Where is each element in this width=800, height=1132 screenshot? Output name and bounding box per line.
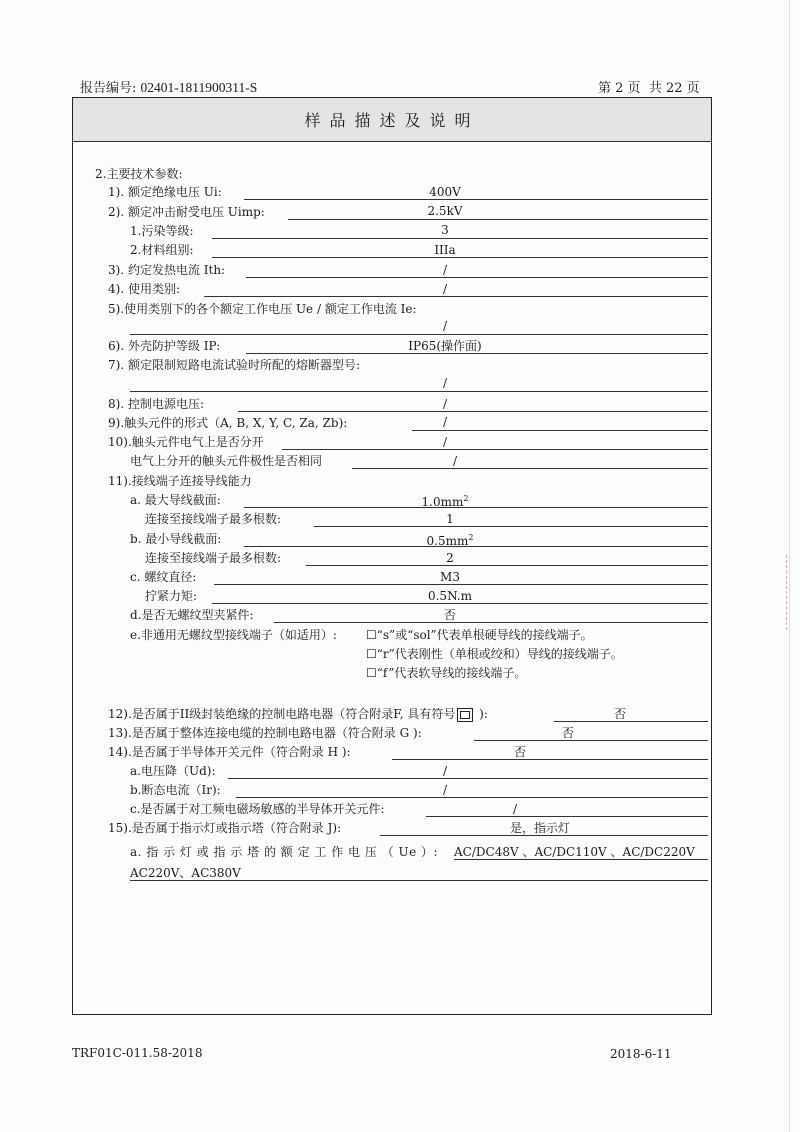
value-material-group: IIIa — [380, 242, 510, 258]
underline — [212, 238, 708, 239]
label-class-ii: 12).是否属于II级封装绝缘的控制电路电器（符合附录F, 具有符号 ): — [108, 706, 488, 722]
value-contact-element-type: / — [380, 414, 510, 430]
value-voltage-drop: / — [380, 763, 510, 779]
value-max-conductors-1: 1 — [385, 511, 515, 527]
label-utilization-category: 4). 使用类别: — [108, 281, 180, 297]
option-label: “r”代表刚性（单根或绞和）导线的接线端子。 — [377, 647, 623, 661]
label-thermal-current: 3). 约定发热电流 Ith: — [108, 262, 225, 278]
label-tightening-torque: 拧紧力矩: — [145, 588, 197, 604]
value-rated-operational: / — [380, 318, 510, 334]
value-thread-diameter: M3 — [385, 569, 515, 585]
value-control-supply-voltage: / — [380, 396, 510, 412]
label-ip-rating: 6). 外壳防护等级 IP: — [108, 338, 220, 354]
value-min-cross-section: 0.5mm2 — [385, 530, 515, 549]
label-indicator-voltage: a. 指 示 灯 或 指 示 塔 的 额 定 工 作 电 压 （ Ue ）: — [130, 844, 438, 860]
double-square-icon — [457, 708, 473, 722]
label-end: ): — [479, 707, 488, 721]
value-polarity-same: / — [390, 453, 520, 469]
value-max-cross-section: 1.0mm2 — [380, 491, 510, 510]
label-max-conductors-1: 连接至接线端子最多根数: — [145, 511, 281, 527]
option-label: “s”或“sol”代表单根硬导线的接线端子。 — [377, 628, 593, 642]
value-max-conductors-2: 2 — [385, 550, 515, 566]
label-polarity-same: 电气上分开的触头元件极性是否相同 — [130, 453, 322, 469]
underline — [130, 334, 708, 335]
label-rated-insulation-voltage: 1). 额定绝缘电压 Ui: — [108, 184, 222, 200]
label-semiconductor: 14).是否属于半导体开关元件（符合附录 H ): — [108, 744, 351, 760]
label-voltage-drop: a.电压降（Ud): — [130, 763, 216, 779]
label-off-state-current: b.断态电流（Ir): — [130, 782, 221, 798]
label-control-supply-voltage: 8). 控制电源电压: — [108, 396, 204, 412]
underline — [288, 219, 708, 220]
seam-stamp — [786, 555, 793, 630]
label-non-universal-terminal: e.非通用无螺纹型接线端子（如适用）: — [130, 627, 337, 643]
value-rated-insulation-voltage: 400V — [380, 184, 510, 200]
section-heading: 2.主要技术参数: — [95, 166, 183, 182]
label-integral-cable: 13).是否属于整体连接电缆的控制电路电器（符合附录 G ): — [108, 725, 422, 741]
form-date: 2018-6-11 — [610, 1047, 672, 1061]
title-band: 样品描述及说明 — [73, 98, 711, 142]
value-text: 0.5mm — [427, 534, 469, 548]
label-terminal-capacity: 11).接线端子连接导线能力 — [108, 473, 252, 489]
page-number: 第 2 页 — [598, 81, 641, 96]
superscript: 2 — [463, 494, 468, 503]
underline — [130, 391, 708, 392]
label-max-conductors-2: 连接至接线端子最多根数: — [145, 550, 281, 566]
option-flexible-conductor[interactable]: ☐“f”代表软导线的接线端子。 — [366, 665, 526, 681]
form-number: TRF01C-011.58-2018 — [72, 1046, 202, 1060]
value-indicator-voltage-1: AC/DC48V 、AC/DC110V 、AC/DC220V — [454, 844, 708, 860]
label-material-group: 2.材料组别: — [130, 242, 194, 258]
value-fuse-type: / — [380, 375, 510, 391]
label-fuse-type: 7). 额定限制短路电流试验时所配的熔断器型号: — [108, 357, 360, 373]
value-class-ii: 否 — [580, 706, 660, 722]
label-contacts-separated: 10).触头元件电气上是否分开 — [108, 434, 264, 450]
page-total: 共 22 页 — [649, 81, 700, 96]
label-min-cross-section: b. 最小导线截面: — [130, 531, 221, 547]
option-rigid-conductor[interactable]: ☐“r”代表刚性（单根或绞和）导线的接线端子。 — [366, 646, 623, 662]
label-rated-operational: 5).使用类别下的各个额定工作电压 Ue / 额定工作电流 Ie: — [108, 301, 417, 317]
value-thermal-current: / — [380, 262, 510, 278]
label-max-cross-section: a. 最大导线截面: — [130, 492, 221, 508]
report-number-value: 02401-1811900311-S — [141, 80, 258, 95]
label-screwless-clamp: d.是否无螺纹型夹紧件: — [130, 607, 254, 623]
page-title: 样品描述及说明 — [73, 108, 711, 131]
report-number: 报告编号: 02401-1811900311-S — [80, 77, 257, 96]
option-label: “f”代表软导线的接线端子。 — [377, 666, 527, 680]
option-solid-conductor[interactable]: ☐“s”或“sol”代表单根硬导线的接线端子。 — [366, 627, 593, 643]
report-number-label: 报告编号: — [80, 81, 136, 96]
label-emf-sensitive: c.是否属于对工频电磁场敏感的半导体开关元件: — [130, 801, 385, 817]
value-off-state-current: / — [380, 782, 510, 798]
superscript: 2 — [468, 533, 473, 542]
underline — [412, 430, 708, 431]
value-pollution-degree: 3 — [380, 222, 510, 238]
label-text: 12).是否属于II级封装绝缘的控制电路电器（符合附录F, 具有符号 — [108, 707, 455, 721]
value-utilization-category: / — [380, 281, 510, 297]
value-tightening-torque: 0.5N.m — [385, 588, 515, 604]
label-indicator-light: 15).是否属于指示灯或指示塔（符合附录 J): — [108, 820, 341, 836]
page-indicator: 第 2 页 共 22 页 — [598, 77, 700, 96]
value-ip-rating: IP65(操作面) — [380, 338, 510, 354]
value-integral-cable: 否 — [528, 725, 608, 741]
value-semiconductor: 否 — [480, 744, 560, 760]
label-impulse-voltage: 2). 额定冲击耐受电压 Uimp: — [108, 204, 265, 220]
value-screwless-clamp: 否 — [385, 607, 515, 623]
value-text: 1.0mm — [422, 495, 464, 509]
value-contacts-separated: / — [380, 434, 510, 450]
value-emf-sensitive: / — [450, 801, 580, 817]
value-indicator-voltage-2: AC220V、AC380V — [130, 865, 241, 881]
value-indicator-light: 是，指示灯 — [490, 820, 590, 836]
label-pollution-degree: 1.污染等级: — [130, 223, 194, 239]
value-impulse-voltage: 2.5kV — [380, 203, 510, 219]
label-contact-element-type: 9).触头元件的形式（A, B, X, Y, C, Za, Zb): — [108, 415, 347, 431]
label-thread-diameter: c. 螺纹直径: — [130, 569, 196, 585]
